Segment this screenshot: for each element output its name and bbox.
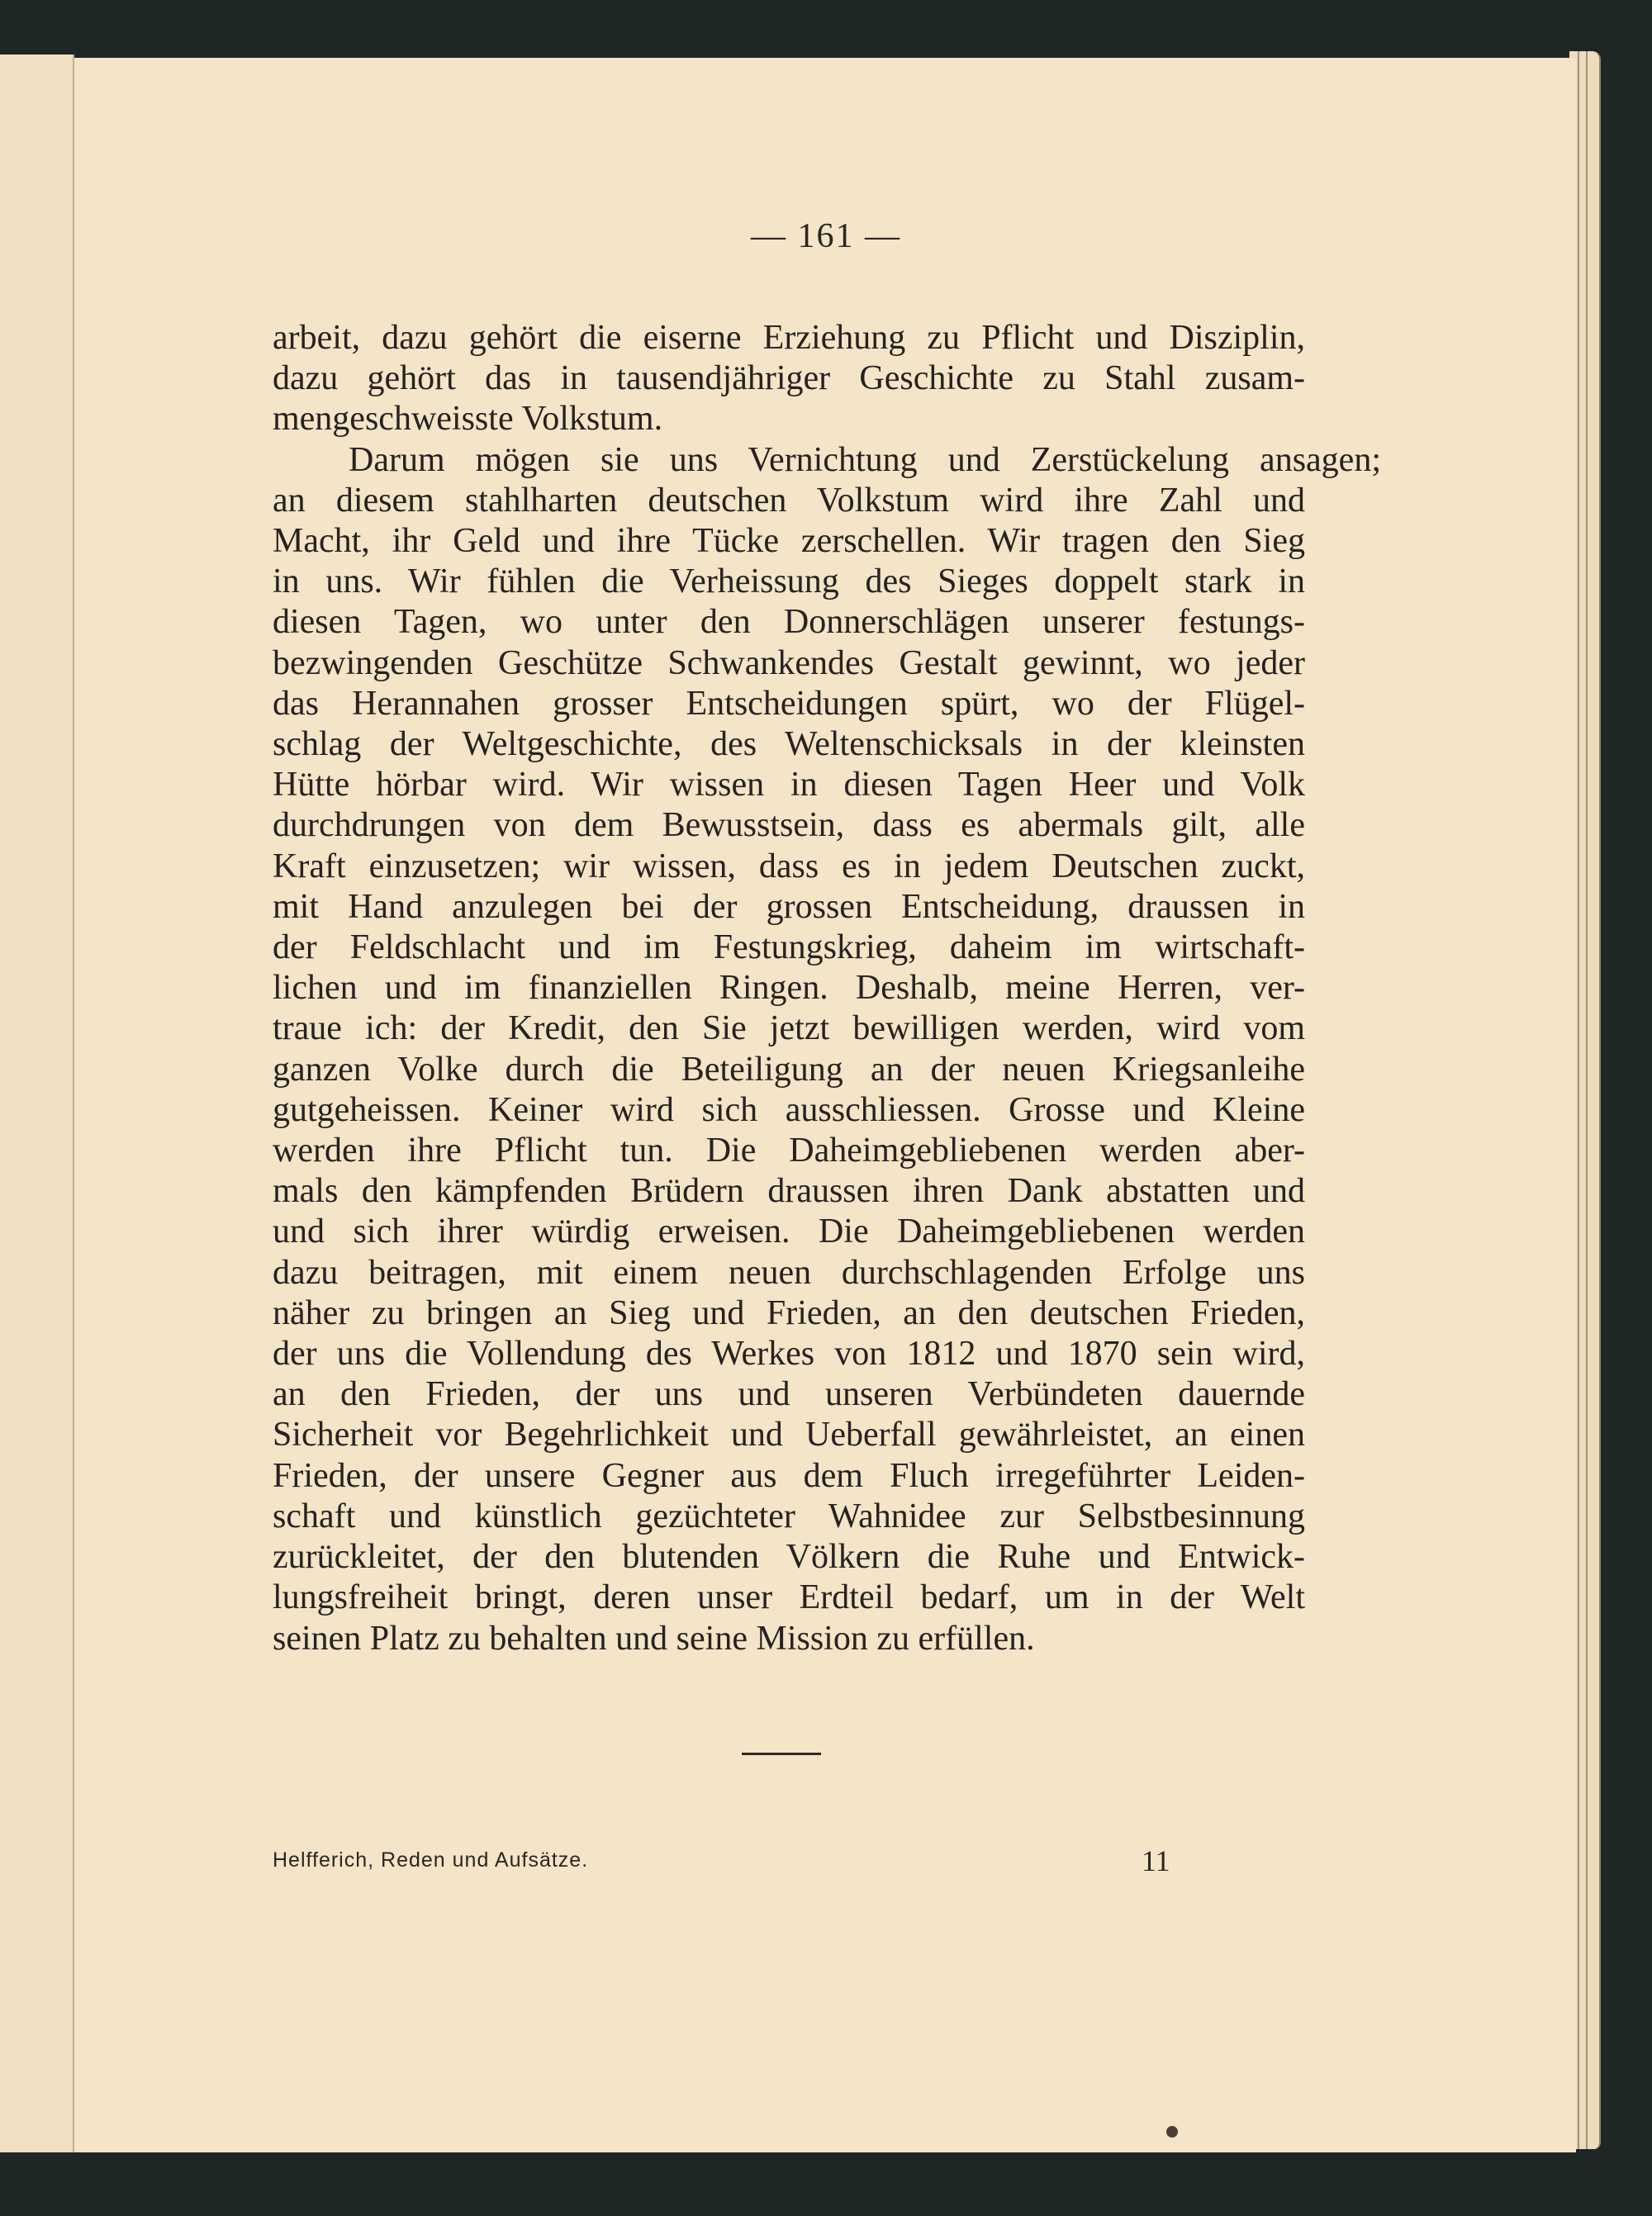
text-line: ganzen Volke durch die Beteiligung an de… xyxy=(273,1050,1305,1090)
text-line: gutgeheissen. Keiner wird sich ausschlie… xyxy=(273,1090,1305,1131)
text-line: bezwingenden Geschütze Schwankendes Gest… xyxy=(273,643,1305,684)
text-line: mengeschweisste Volkstum. xyxy=(273,399,1305,439)
text-line: näher zu bringen an Sieg und Frieden, an… xyxy=(273,1293,1305,1334)
text-line: diesen Tagen, wo unter den Donnerschläge… xyxy=(273,602,1305,643)
body-text: arbeit, dazu gehört die eiserne Erziehun… xyxy=(273,318,1305,1659)
text-line: Sicherheit vor Begehrlichkeit und Ueberf… xyxy=(273,1415,1305,1455)
text-line: lichen und im finanziellen Ringen. Desha… xyxy=(273,968,1305,1008)
page-number: — 161 — xyxy=(0,216,1652,256)
text-line: zurückleitet, der den blutenden Völkern … xyxy=(273,1537,1305,1578)
page-edge-line xyxy=(1578,51,1579,2149)
text-line: an den Frieden, der uns und unseren Verb… xyxy=(273,1374,1305,1415)
text-line: an diesem stahlharten deutschen Volkstum… xyxy=(273,481,1305,521)
text-line: werden ihre Pflicht tun. Die Daheimgebli… xyxy=(273,1131,1305,1171)
text-line: traue ich: der Kredit, den Sie jetzt bew… xyxy=(273,1008,1305,1049)
text-line: arbeit, dazu gehört die eiserne Erziehun… xyxy=(273,318,1305,358)
facing-page-edge xyxy=(0,55,74,2152)
text-line: der uns die Vollendung des Werkes von 18… xyxy=(273,1334,1305,1374)
text-line: mit Hand anzulegen bei der grossen Entsc… xyxy=(273,887,1305,928)
section-rule xyxy=(742,1753,821,1755)
text-line: in uns. Wir fühlen die Verheissung des S… xyxy=(273,562,1305,602)
text-line: durchdrungen von dem Bewusstsein, dass e… xyxy=(273,805,1305,846)
text-line: Hütte hörbar wird. Wir wissen in diesen … xyxy=(273,765,1305,805)
text-line: dazu gehört das in tausendjähriger Gesch… xyxy=(273,358,1305,399)
paper-stain xyxy=(1166,2126,1178,2138)
text-line: lungsfreiheit bringt, deren unser Erdtei… xyxy=(273,1578,1305,1618)
text-line: Kraft einzusetzen; wir wissen, dass es i… xyxy=(273,847,1305,887)
text-line: schlag der Weltgeschichte, des Weltensch… xyxy=(273,724,1305,765)
text-line: das Herannahen grosser Entscheidungen sp… xyxy=(273,684,1305,724)
text-line: seinen Platz zu behalten und seine Missi… xyxy=(273,1619,1305,1659)
page-edge-line xyxy=(1586,51,1588,2149)
text-line: schaft und künstlich gezüchteter Wahnide… xyxy=(273,1497,1305,1537)
text-line: der Feldschlacht und im Festungskrieg, d… xyxy=(273,928,1305,968)
sheet-number: 11 xyxy=(1142,1844,1170,1878)
text-line: Frieden, der unsere Gegner aus dem Fluch… xyxy=(273,1456,1305,1497)
text-line: Macht, ihr Geld und ihre Tücke zerschell… xyxy=(273,521,1305,562)
text-line: mals den kämpfenden Brüdern draussen ihr… xyxy=(273,1171,1305,1212)
text-line: dazu beitragen, mit einem neuen durchsch… xyxy=(273,1253,1305,1293)
text-line: und sich ihrer würdig erweisen. Die Dahe… xyxy=(273,1212,1305,1252)
text-line: Darum mögen sie uns Vernichtung und Zers… xyxy=(273,440,1381,481)
signature-line: Helfferich, Reden und Aufsätze. xyxy=(273,1848,588,1872)
